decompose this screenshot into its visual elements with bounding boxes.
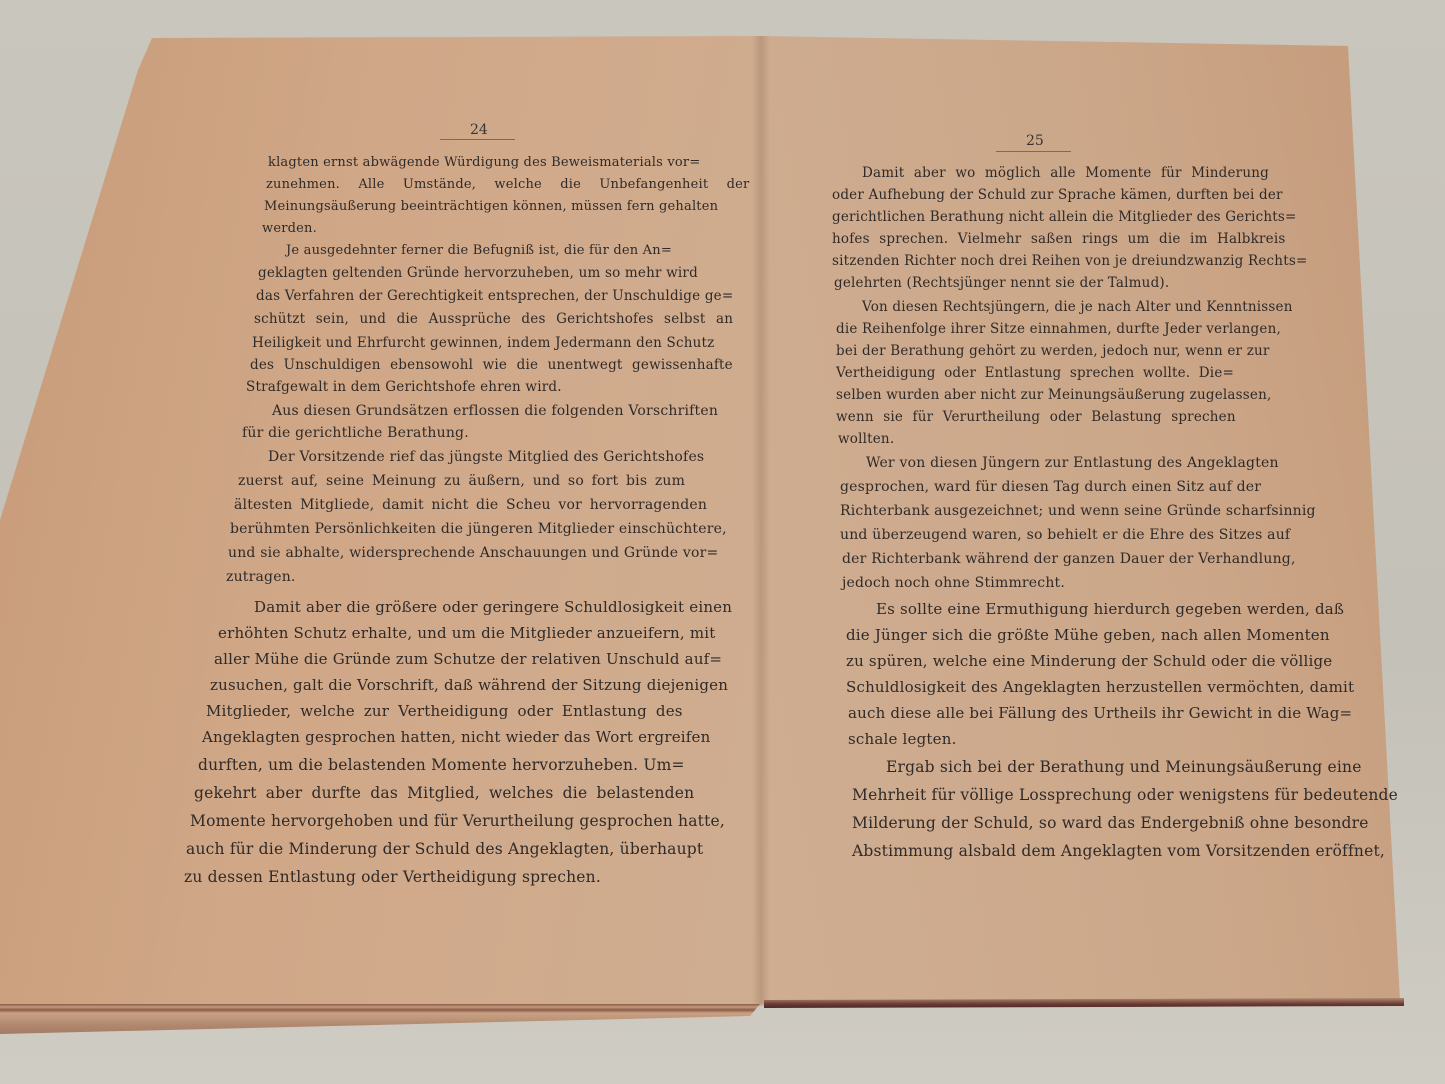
text-line: Damit aber die größere oder geringere Sc…: [254, 594, 732, 620]
page-number-rule-left: [440, 139, 515, 140]
text-line: wenn sie für Verurtheilung oder Belastun…: [836, 404, 1236, 430]
text-line: Mitglieder, welche zur Vertheidigung ode…: [206, 698, 683, 724]
text-line: die Jünger sich die größte Mühe geben, n…: [846, 622, 1330, 648]
text-line: ältesten Mitgliede, damit nicht die Sche…: [234, 492, 707, 518]
text-line: der Richterbank während der ganzen Dauer…: [842, 546, 1296, 572]
text-line: wollten.: [838, 426, 894, 452]
text-line: aller Mühe die Gründe zum Schutze der re…: [214, 646, 722, 672]
left-page-edges: [0, 1004, 760, 1038]
page-number-rule-right: [996, 151, 1071, 152]
text-line: jedoch noch ohne Stimmrecht.: [842, 570, 1065, 596]
text-line: erhöhten Schutz erhalte, und um die Mitg…: [218, 620, 715, 646]
text-line: und überzeugend waren, so behielt er die…: [840, 522, 1290, 548]
book-gutter: [752, 36, 770, 1006]
text-line: Schuldlosigkeit des Angeklagten herzuste…: [846, 674, 1354, 700]
text-line: gekehrt aber durfte das Mitglied, welche…: [194, 780, 694, 806]
text-line: Meinungsäußerung beeinträchtigen können,…: [264, 194, 718, 220]
text-line: Momente hervorgehoben und für Verurtheil…: [190, 808, 725, 834]
text-line: schale legten.: [848, 726, 957, 752]
text-line: berühmten Persönlichkeiten die jüngeren …: [230, 516, 727, 542]
text-line: auch für die Minderung der Schuld des An…: [186, 836, 703, 862]
text-line: zuerst auf, seine Meinung zu äußern, und…: [238, 468, 685, 494]
text-line: durften, um die belastenden Momente herv…: [198, 752, 685, 778]
text-line: gelehrten (Rechtsjünger nennt sie der Ta…: [834, 270, 1169, 296]
text-line: Mehrheit für völlige Lossprechung oder w…: [852, 782, 1398, 808]
page-number-right: 25: [1026, 133, 1044, 149]
text-line: Abstimmung alsbald dem Angeklagten vom V…: [852, 838, 1385, 864]
text-line: Der Vorsitzende rief das jüngste Mitglie…: [268, 444, 704, 470]
open-book: 24 klagten ernst abwägende Würdigung des…: [0, 0, 1445, 1084]
text-line: Angeklagten gesprochen hatten, nicht wie…: [202, 724, 710, 750]
text-line: Strafgewalt in dem Gerichtshofe ehren wi…: [246, 374, 562, 400]
text-line: gesprochen, ward für diesen Tag durch ei…: [840, 474, 1261, 500]
text-line: zutragen.: [226, 564, 296, 590]
text-line: zusuchen, galt die Vorschrift, daß währe…: [210, 672, 728, 698]
text-line: schützt sein, und die Aussprüche des Ger…: [254, 306, 733, 332]
text-line: zu dessen Entlastung oder Vertheidigung …: [184, 864, 601, 890]
text-line: zu spüren, welche eine Minderung der Sch…: [846, 648, 1332, 674]
text-line: Milderung der Schuld, so ward das Enderg…: [852, 810, 1369, 836]
page-number-left: 24: [470, 122, 488, 138]
text-line: auch diese alle bei Fällung des Urtheils…: [848, 700, 1352, 726]
text-line: und sie abhalte, widersprechende Anschau…: [228, 540, 718, 566]
text-line: Wer von diesen Jüngern zur Entlastung de…: [866, 450, 1279, 476]
text-line: Ergab sich bei der Berathung und Meinung…: [886, 754, 1362, 780]
text-line: Es sollte eine Ermuthigung hierdurch geg…: [876, 596, 1344, 622]
text-line: Richterbank ausgezeichnet; und wenn sein…: [840, 498, 1316, 524]
text-line: für die gerichtliche Berathung.: [242, 420, 469, 446]
